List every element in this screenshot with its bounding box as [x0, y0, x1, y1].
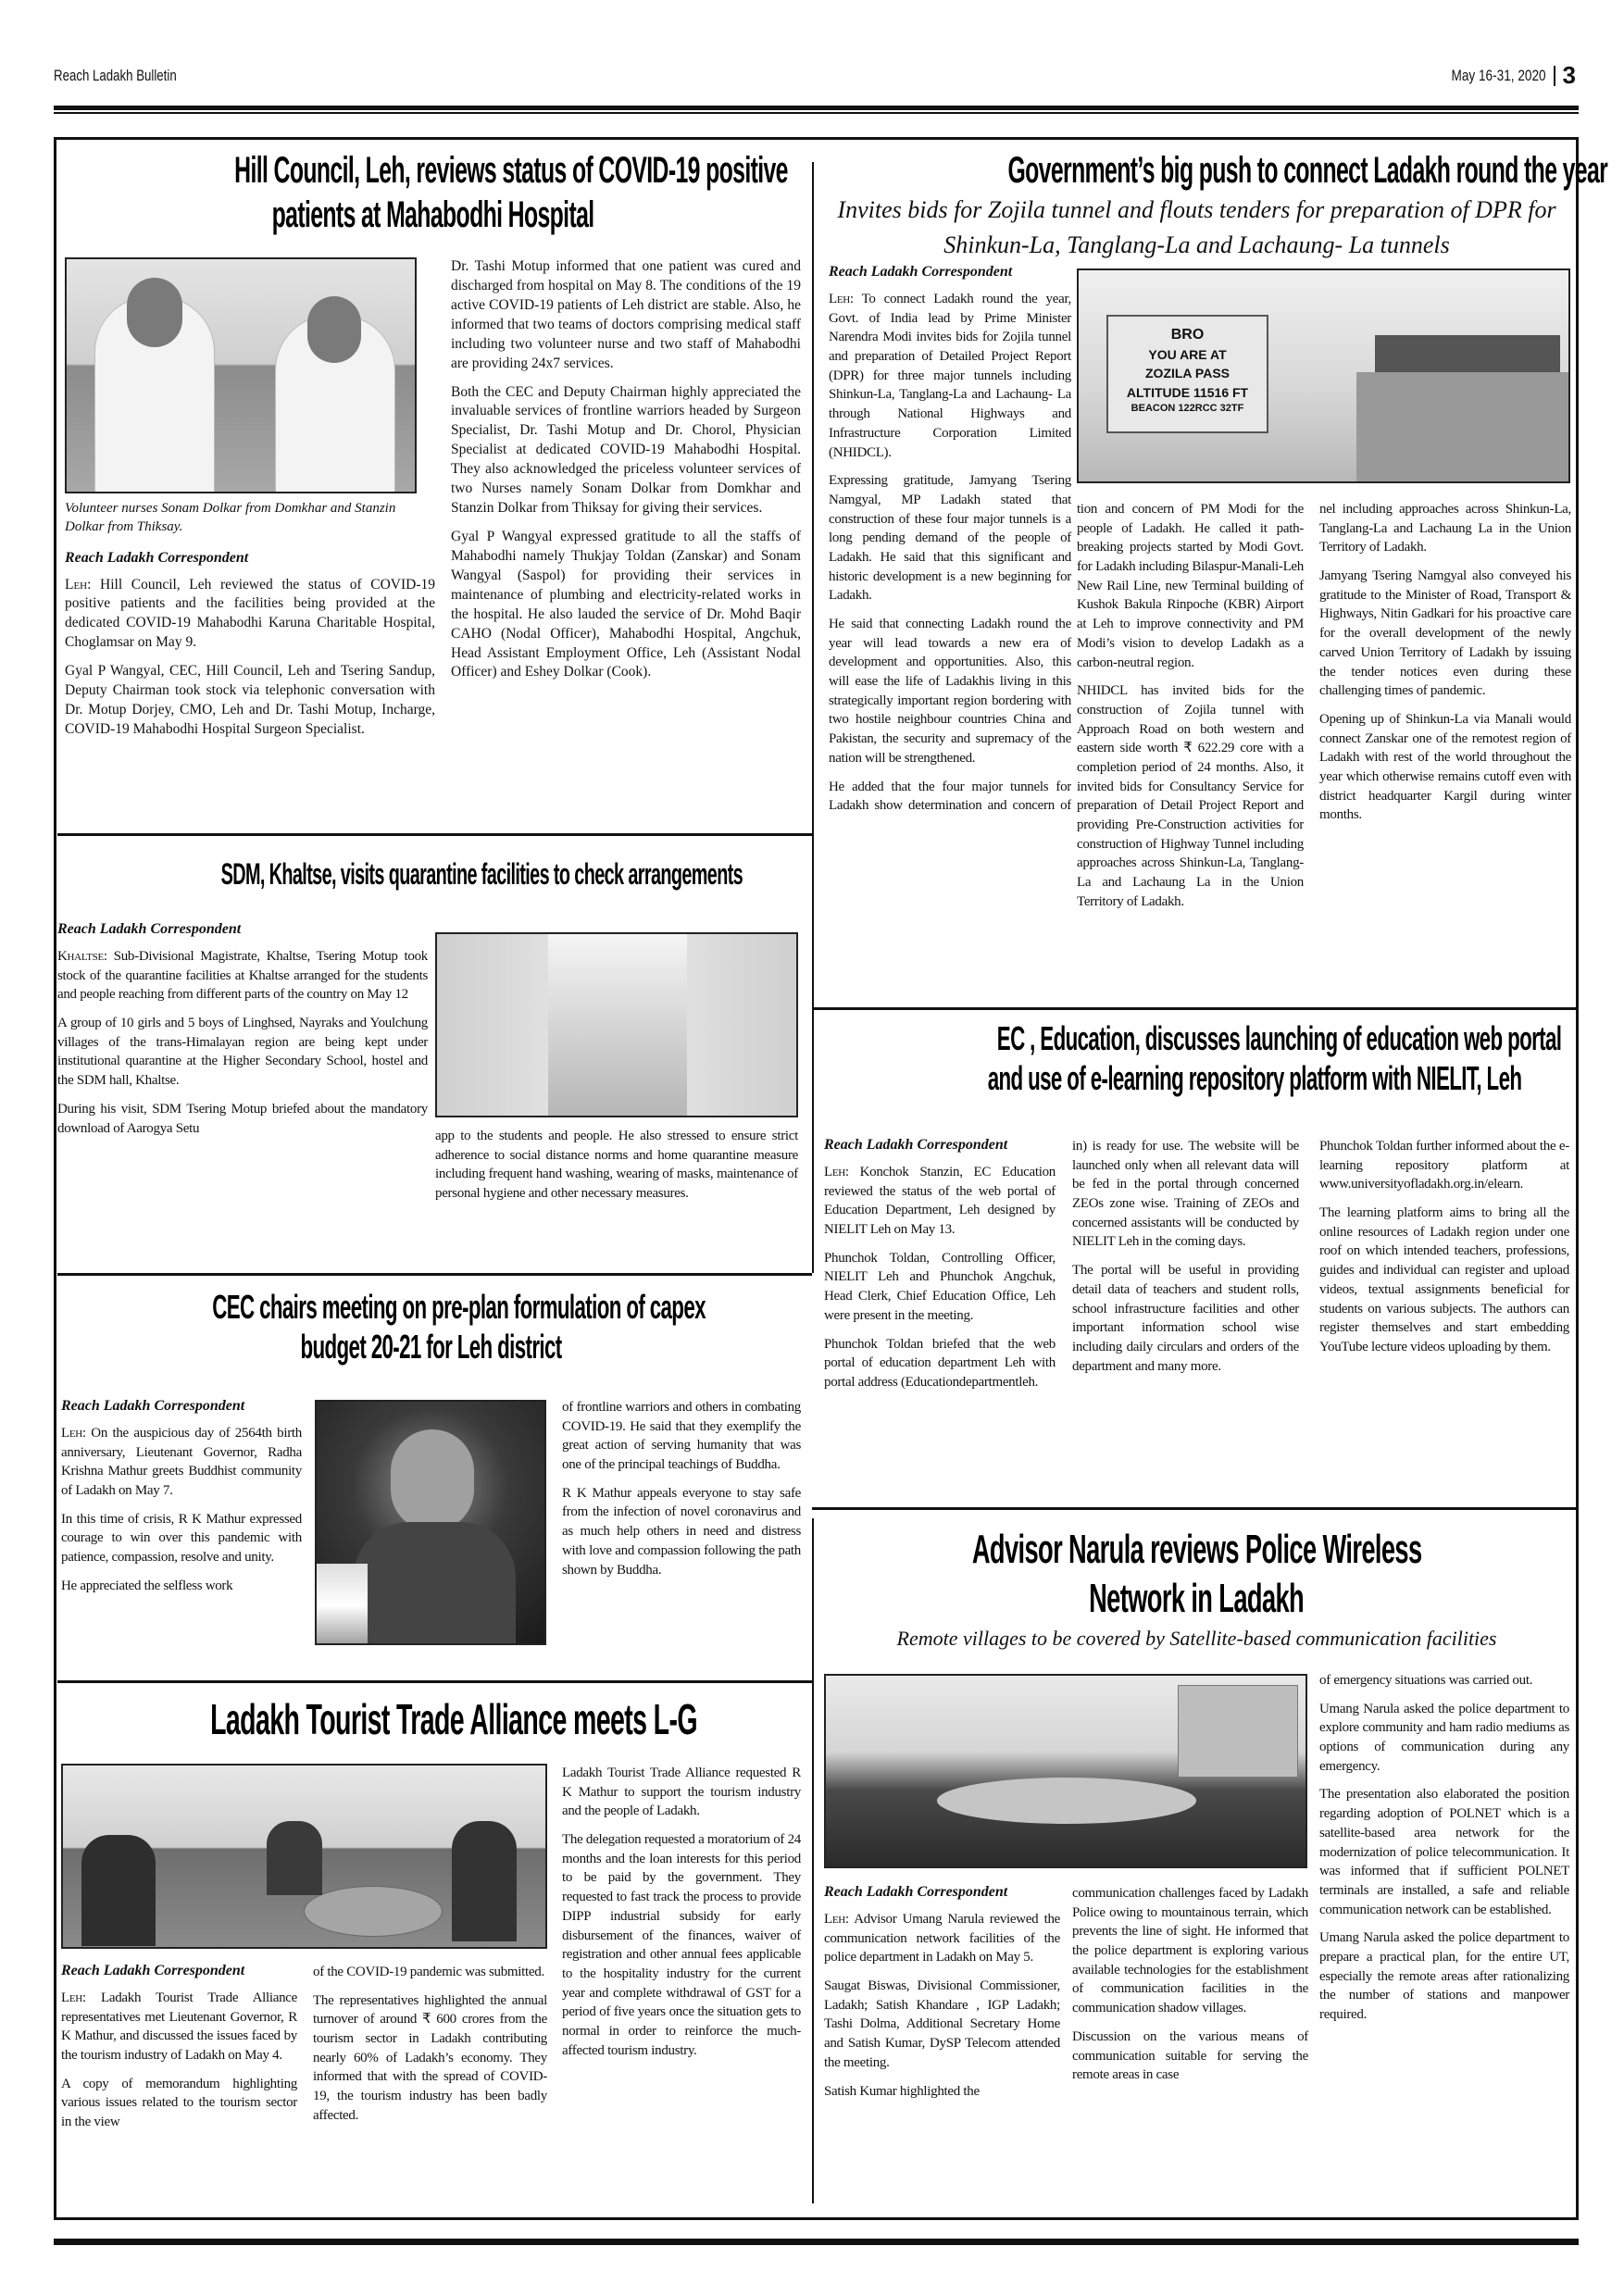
paragraph: He said that connecting Ladakh round the… [829, 615, 1071, 768]
byline: Reach Ladakh Correspondent [824, 1884, 1060, 1901]
article-hill-council: Hill Council, Leh, reviews status of COV… [65, 148, 801, 237]
article-deck: Remote villages to be covered by Satelli… [824, 1624, 1569, 1653]
paragraph: Leh: Ladakh Tourist Trade Alliance repre… [61, 1989, 297, 2065]
section-divider-left-3 [57, 1680, 812, 1683]
paragraph: of frontline warriors and others in comb… [562, 1398, 801, 1475]
paragraph: NHIDCL has invited bids for the construc… [1077, 681, 1304, 911]
byline: Reach Ladakh Correspondent [65, 550, 435, 567]
header-rule-thick [54, 106, 1579, 110]
article-headline: Hill Council, Leh, reviews status of COV… [65, 148, 801, 237]
paragraph: Ladakh Tourist Trade Alliance requested … [562, 1764, 801, 1821]
paragraph: The delegation requested a moratorium of… [562, 1830, 801, 2060]
ec-education-col-3: Phunchok Toldan further informed about t… [1319, 1137, 1569, 1366]
paragraph: He appreciated the selfless work [61, 1577, 302, 1596]
dateline: Leh: [65, 577, 91, 593]
sdm-khaltse-col-2: app to the students and people. He also … [435, 1127, 798, 1213]
ltta-meeting-photo [61, 1764, 547, 1949]
paragraph: nel including approaches across Shinkun-… [1319, 500, 1571, 557]
footer-rule [54, 2239, 1579, 2245]
paragraph: Leh: Hill Council, Leh reviewed the stat… [65, 576, 435, 654]
nurses-photo [65, 257, 417, 493]
paragraph: Leh: Advisor Umang Narula reviewed the c… [824, 1910, 1060, 1967]
paragraph: in) is ready for use. The website will b… [1072, 1137, 1299, 1252]
paragraph: A group of 10 girls and 5 boys of Linghs… [57, 1014, 428, 1091]
column-divider-lower [812, 1518, 814, 2203]
paragraph: Phunchok Toldan further informed about t… [1319, 1137, 1569, 1194]
section-divider-right-1 [812, 1007, 1577, 1010]
cec-meeting-col-1: Reach Ladakh Correspondent Leh: On the a… [61, 1398, 302, 1605]
dateline: Leh: [824, 1912, 849, 1927]
paragraph: Leh: Konchok Stanzin, EC Education revie… [824, 1163, 1056, 1240]
paragraph: A copy of memorandum highlighting variou… [61, 2075, 297, 2132]
article-headline: Advisor Narula reviews Police Wireless N… [824, 1526, 1569, 1624]
paragraph: R K Mathur appeals everyone to stay safe… [562, 1484, 801, 1579]
issue-date: May 16-31, 2020 [1451, 67, 1545, 85]
paragraph: Leh: To connect Ladakh round the year, G… [829, 290, 1071, 462]
column-divider-upper [812, 162, 814, 1273]
govt-push-col-2: tion and concern of PM Modi for the peop… [1077, 500, 1304, 920]
paragraph: Satish Kumar highlighted the [824, 2082, 1060, 2102]
paragraph: Umang Narula asked the police department… [1319, 1928, 1569, 2024]
sdm-khaltse-col-1: Reach Ladakh Correspondent Khaltse: Sub-… [57, 921, 428, 1147]
paragraph: Opening up of Shinkun-La via Manali woul… [1319, 710, 1571, 825]
dateline: Leh: [829, 292, 854, 306]
photo-caption: Volunteer nurses Sonam Dolkar from Domkh… [65, 499, 435, 537]
article-headline: CEC chairs meeting on pre-plan formulati… [61, 1287, 802, 1366]
section-divider-right-2 [812, 1507, 1577, 1510]
byline: Reach Ladakh Correspondent [61, 1963, 297, 1979]
paragraph: He added that the four major tunnels for… [829, 778, 1071, 817]
paragraph: During his visit, SDM Tsering Motup brie… [57, 1100, 428, 1138]
narula-col-1: Reach Ladakh Correspondent Leh: Advisor … [824, 1884, 1060, 2110]
cec-meeting-col-2: of frontline warriors and others in comb… [562, 1398, 801, 1589]
paragraph: Both the CEC and Deputy Chairman highly … [451, 383, 801, 518]
paragraph: In this time of crisis, R K Mathur expre… [61, 1510, 302, 1567]
hill-council-col-1: Volunteer nurses Sonam Dolkar from Domkh… [65, 257, 435, 749]
byline: Reach Ladakh Correspondent [829, 264, 1071, 281]
zojila-sign: BRO YOU ARE AT ZOZILA PASS ALTITUDE 1151… [1106, 315, 1268, 433]
zojila-pass-photo: BRO YOU ARE AT ZOZILA PASS ALTITUDE 1151… [1077, 268, 1570, 483]
article-narula: Advisor Narula reviews Police Wireless N… [824, 1526, 1569, 1653]
article-headline: SDM, Khaltse, visits quarantine faciliti… [61, 856, 802, 892]
section-divider-left-2 [57, 1273, 812, 1276]
paragraph: Phunchok Toldan briefed that the web por… [824, 1335, 1056, 1392]
govt-push-col-3: nel including approaches across Shinkun-… [1319, 500, 1571, 834]
ltta-col-3: Ladakh Tourist Trade Alliance requested … [562, 1764, 801, 2069]
issue-info: May 16-31, 2020 3 [1428, 61, 1576, 90]
paragraph: The learning platform aims to bring all … [1319, 1204, 1569, 1357]
govt-push-col-1: Reach Ladakh Correspondent Leh: To conne… [829, 264, 1071, 826]
paragraph: of the COVID-19 pandemic was submitted. [313, 1963, 547, 1982]
article-ltta: Ladakh Tourist Trade Alliance meets L-G [61, 1694, 802, 1745]
hill-council-col-2: Dr. Tashi Motup informed that one patien… [451, 257, 801, 692]
header-separator [1554, 66, 1555, 86]
paragraph: communication challenges faced by Ladakh… [1072, 1884, 1308, 2018]
paragraph: app to the students and people. He also … [435, 1127, 798, 1204]
page-number: 3 [1563, 61, 1576, 90]
dateline: Leh: [61, 1990, 86, 2005]
ec-education-col-2: in) is ready for use. The website will b… [1072, 1137, 1299, 1385]
article-sdm-khaltse: SDM, Khaltse, visits quarantine faciliti… [61, 856, 802, 892]
byline: Reach Ladakh Correspondent [824, 1137, 1056, 1154]
paragraph: Leh: On the auspicious day of 2564th bir… [61, 1424, 302, 1501]
article-cec-meeting: CEC chairs meeting on pre-plan formulati… [61, 1287, 802, 1366]
paragraph: Umang Narula asked the police department… [1319, 1700, 1569, 1777]
header-rule-thin [54, 112, 1579, 114]
paragraph: The presentation also elaborated the pos… [1319, 1785, 1569, 1919]
paragraph: Gyal P Wangyal, CEC, Hill Council, Leh a… [65, 662, 435, 740]
dateline: Leh: [61, 1426, 86, 1441]
paragraph: Jamyang Tsering Namgyal also conveyed hi… [1319, 567, 1571, 701]
publication-name: Reach Ladakh Bulletin [54, 67, 177, 85]
narula-col-2: communication challenges faced by Ladakh… [1072, 1884, 1308, 2094]
article-deck: Invites bids for Zojila tunnel and flout… [824, 193, 1569, 262]
paragraph: Khaltse: Sub-Divisional Magistrate, Khal… [57, 947, 428, 1004]
article-govt-push: Government’s big push to connect Ladakh … [824, 148, 1569, 262]
quarantine-corridor-photo [435, 932, 798, 1117]
narula-meeting-photo [824, 1674, 1307, 1868]
article-headline: EC , Education, discusses launching of e… [824, 1018, 1569, 1098]
paragraph: Expressing gratitude, Jamyang Tsering Na… [829, 471, 1071, 605]
byline: Reach Ladakh Correspondent [57, 921, 428, 938]
article-ec-education: EC , Education, discusses launching of e… [824, 1018, 1569, 1098]
dateline: Khaltse: [57, 949, 107, 964]
dateline: Leh: [824, 1165, 849, 1179]
ec-education-col-1: Reach Ladakh Correspondent Leh: Konchok … [824, 1137, 1056, 1402]
paragraph: The portal will be useful in providing d… [1072, 1261, 1299, 1376]
ltta-col-1: Reach Ladakh Correspondent Leh: Ladakh T… [61, 1963, 297, 2141]
article-headline: Government’s big push to connect Ladakh … [824, 148, 1569, 193]
ltta-col-2: of the COVID-19 pandemic was submitted. … [313, 1963, 547, 2135]
paragraph: Dr. Tashi Motup informed that one patien… [451, 257, 801, 374]
rk-mathur-portrait [315, 1400, 546, 1645]
paragraph: Discussion on the various means of commu… [1072, 2028, 1308, 2085]
article-headline: Ladakh Tourist Trade Alliance meets L-G [61, 1694, 802, 1745]
paragraph: Phunchok Toldan, Controlling Officer, NI… [824, 1249, 1056, 1326]
paragraph: tion and concern of PM Modi for the peop… [1077, 500, 1304, 672]
section-divider-left-1 [57, 833, 812, 836]
paragraph: The representatives highlighted the annu… [313, 1991, 547, 2126]
narula-col-3: of emergency situations was carried out.… [1319, 1671, 1569, 2034]
paragraph: Saugat Biswas, Divisional Commissioner, … [824, 1977, 1060, 2072]
paragraph: of emergency situations was carried out. [1319, 1671, 1569, 1691]
paragraph: Gyal P Wangyal expressed gratitude to al… [451, 528, 801, 682]
byline: Reach Ladakh Correspondent [61, 1398, 302, 1415]
